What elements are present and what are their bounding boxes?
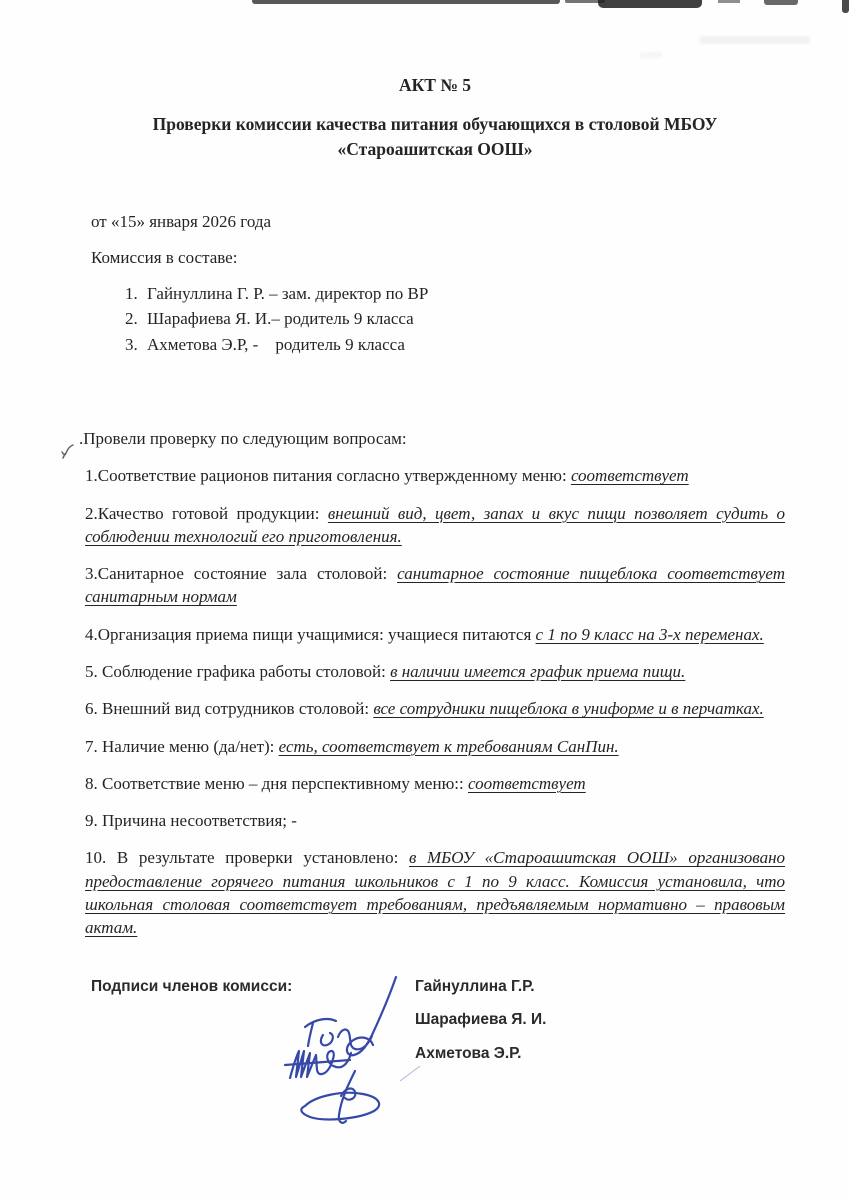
question-text: 6. Внешний вид сотрудников столовой: <box>85 699 373 718</box>
pen-checkmark-mark <box>59 443 77 461</box>
question-text: 9. Причина несоответствия; - <box>85 811 297 830</box>
question-item-10: 10. В результате проверки установлено: в… <box>85 846 785 939</box>
document-body: АКТ № 5 Проверки комиссии качества питан… <box>85 0 785 1078</box>
commission-member: Ахметова Э.Р, - родитель 9 класса <box>142 332 785 357</box>
signatures-label: Подписи членов комисси: <box>91 974 415 1079</box>
question-text: 7. Наличие меню (да/нет): <box>85 737 279 756</box>
question-item-5: 5. Соблюдение графика работы столовой: в… <box>85 660 785 683</box>
question-item-3: 3.Санитарное состояние зала столовой: са… <box>85 562 785 609</box>
subtitle-line-2: «Староашитская ООШ» <box>85 137 785 162</box>
commission-member: Гайнуллина Г. Р. – зам. директор по ВР <box>142 281 785 306</box>
commission-member: Шарафиева Я. И.– родитель 9 класса <box>142 306 785 331</box>
question-text: 3.Санитарное состояние зала столовой: <box>85 564 397 583</box>
question-item-8: 8. Соответствие меню – дня перспективном… <box>85 772 785 795</box>
answer-text: соответствует <box>468 774 586 793</box>
date-line: от «15» января 2026 года <box>91 210 785 233</box>
commission-heading: Комиссия в составе: <box>91 246 785 269</box>
signer-name: Шарафиева Я. И. <box>415 1011 785 1045</box>
answer-text: соответствует <box>571 466 689 485</box>
answer-text: с 1 по 9 класс на 3-х переменах. <box>536 625 764 644</box>
question-item-4: 4.Организация приема пищи учащимися: уча… <box>85 623 785 646</box>
scan-artifact-top <box>842 0 849 13</box>
signatures-block: Подписи членов комисси: Гайнуллина Г.Р. … <box>85 974 785 1079</box>
signer-name: Гайнуллина Г.Р. <box>415 978 785 1012</box>
signer-name: Ахметова Э.Р. <box>415 1045 785 1079</box>
commission-list: Гайнуллина Г. Р. – зам. директор по ВР Ш… <box>85 281 785 357</box>
question-text: 10. В результате проверки установлено: <box>85 848 409 867</box>
question-text: 4.Организация приема пищи учащимися: уча… <box>85 625 536 644</box>
question-text: 2.Качество готовой продукции: <box>85 504 328 523</box>
question-item-1: 1.Соответствие рационов питания согласно… <box>85 464 785 487</box>
document-page: АКТ № 5 Проверки комиссии качества питан… <box>0 0 849 1200</box>
question-text: 8. Соответствие меню – дня перспективном… <box>85 774 468 793</box>
question-item-7: 7. Наличие меню (да/нет): есть, соответс… <box>85 735 785 758</box>
answer-text: в наличии имеется график приема пищи. <box>390 662 685 681</box>
question-item-2: 2.Качество готовой продукции: внешний ви… <box>85 502 785 549</box>
subtitle-line-1: Проверки комиссии качества питания обуча… <box>85 112 785 137</box>
intro-line: .Провели проверку по следующим вопросам: <box>79 427 785 450</box>
document-subtitle: Проверки комиссии качества питания обуча… <box>85 112 785 162</box>
question-item-6: 6. Внешний вид сотрудников столовой: все… <box>85 697 785 720</box>
question-item-9: 9. Причина несоответствия; - <box>85 809 785 832</box>
document-title: АКТ № 5 <box>85 73 785 97</box>
question-text: 1.Соответствие рационов питания согласно… <box>85 466 571 485</box>
answer-text: есть, соответствует к требованиям СанПин… <box>279 737 619 756</box>
answer-text: все сотрудники пищеблока в униформе и в … <box>373 699 763 718</box>
signer-names: Гайнуллина Г.Р. Шарафиева Я. И. Ахметова… <box>415 974 785 1079</box>
question-text: 5. Соблюдение графика работы столовой: <box>85 662 390 681</box>
